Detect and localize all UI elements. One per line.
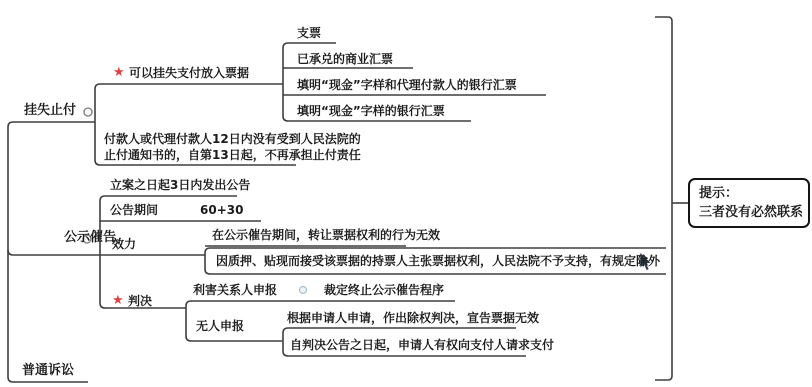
topic-payment-request[interactable]: 自判决公告之日起，申请人有权向支付人请求支付 (290, 338, 554, 352)
topic-no-claimant[interactable]: 无人申报 (196, 319, 244, 333)
summary-bracket (655, 17, 672, 380)
tip-note-box[interactable]: 提示： 三者没有必然联系 (688, 178, 810, 228)
topic-payer-note-line1[interactable]: 付款人或代理付款人12日内没有受到人民法院的 (104, 132, 361, 146)
claim-relation-dot (300, 287, 307, 294)
topic-guashizhifu[interactable]: 挂失止付 (24, 104, 76, 118)
topic-filing-notice[interactable]: 立案之日起3日内发出公告 (110, 178, 250, 192)
star-icon: ★ (112, 294, 124, 307)
topic-claim-ruling[interactable]: 裁定终止公示催告程序 (324, 283, 444, 297)
topic-gongshicuigao[interactable]: 公示催告 (64, 231, 116, 245)
topic-instrument-accepted-draft[interactable]: 已承兑的商业汇票 (297, 52, 393, 66)
topic-claimant-report[interactable]: 利害关系人申报 (193, 283, 277, 297)
topic-exclusion-judgment[interactable]: 根据申请人申请，作出除权判决，宣告票据无效 (287, 311, 539, 325)
tip-body: 三者没有必然联系 (699, 203, 808, 222)
topic-instrument-cheque[interactable]: 支票 (297, 26, 321, 40)
topic-judgment[interactable]: 判决 (128, 294, 152, 308)
topic-notice-period-label[interactable]: 公告期间 (110, 203, 158, 217)
topic-payer-note-line2[interactable]: 止付通知书的，自第13日起，不再承担止付责任 (104, 148, 361, 162)
topic-effect-label[interactable]: 效力 (112, 237, 136, 251)
topic-instrument-cash-draft[interactable]: 填明“现金”字样的银行汇票 (297, 104, 445, 118)
guashi-collapse-handle (84, 108, 92, 116)
topic-effect-pledge-discount[interactable]: 因质押、贴现而接受该票据的持票人主张票据权利，人民法院不予支持，有规定除外 (216, 254, 660, 268)
topic-instruments-title[interactable]: 可以挂失支付放入票据 (129, 66, 249, 80)
topic-notice-period-value[interactable]: 60+30 (200, 203, 243, 217)
mindmap-canvas: 挂失止付 ★ 可以挂失支付放入票据 支票 已承兑的商业汇票 填明“现金”字样和代… (0, 0, 812, 387)
spine-line (8, 122, 95, 382)
tip-title: 提示： (699, 184, 808, 203)
star-icon: ★ (113, 66, 125, 79)
topic-putongsusong[interactable]: 普通诉讼 (22, 364, 74, 378)
topic-instrument-cash-agent-draft[interactable]: 填明“现金”字样和代理付款人的银行汇票 (297, 78, 517, 92)
gongshi-branch-line (8, 250, 205, 255)
topic-effect-transfer-invalid[interactable]: 在公示催告期间，转让票据权利的行为无效 (212, 228, 440, 242)
